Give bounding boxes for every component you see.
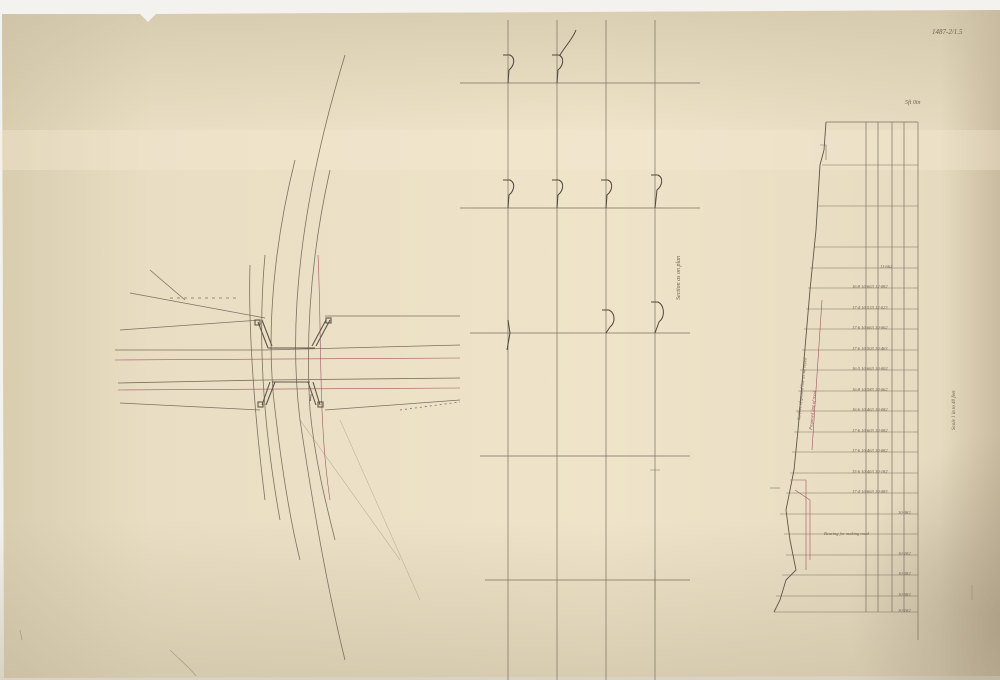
svg-text:10·082: 10·082 <box>898 510 911 515</box>
svg-text:17·6 10·663 10·062: 17·6 10·663 10·062 <box>852 325 888 330</box>
svg-text:17·6 10·463 10·082: 17·6 10·463 10·082 <box>852 448 888 453</box>
svg-text:15·6 10·463 10·182: 15·6 10·463 10·182 <box>852 469 888 474</box>
profile-note-bearing: Bearing for making road <box>824 531 869 536</box>
profile-top-label: 5ft 0in <box>905 99 921 106</box>
svg-text:10·182: 10·182 <box>898 608 911 613</box>
drawing-sheet: 1487-2/1.5 I <box>0 0 1000 680</box>
sheet-reference: 1487-2/1.5 <box>932 28 963 36</box>
paper-background <box>0 0 1000 680</box>
svg-text:11·662: 11·662 <box>880 264 893 269</box>
svg-text:17·6 10·603 10·082: 17·6 10·603 10·082 <box>852 428 888 433</box>
svg-text:16·8 10·663 12·082: 16·8 10·663 12·082 <box>852 284 888 289</box>
section-note: Section as on plan <box>676 256 682 300</box>
drawing-canvas: 1487-2/1.5 I <box>0 0 1000 680</box>
svg-text:17·4 10·663 10·083: 17·4 10·663 10·083 <box>852 489 888 494</box>
svg-text:16·8 10·583 10·062: 16·8 10·583 10·062 <box>852 387 888 392</box>
svg-text:10·082: 10·082 <box>898 592 911 597</box>
svg-text:10·182: 10·182 <box>898 551 911 556</box>
svg-text:17·4 10·533 12·023: 17·4 10·533 12·023 <box>852 305 888 310</box>
svg-text:10·082: 10·082 <box>898 571 911 576</box>
svg-text:16·5 10·663 10·002: 16·5 10·663 10·002 <box>852 366 888 371</box>
svg-text:17·6 10·503 10·463: 17·6 10·503 10·463 <box>852 346 888 351</box>
svg-text:16·6 10·463 10·082: 16·6 10·463 10·082 <box>852 407 888 412</box>
scale-label: Scale 1 in to 40 feet <box>952 390 957 430</box>
